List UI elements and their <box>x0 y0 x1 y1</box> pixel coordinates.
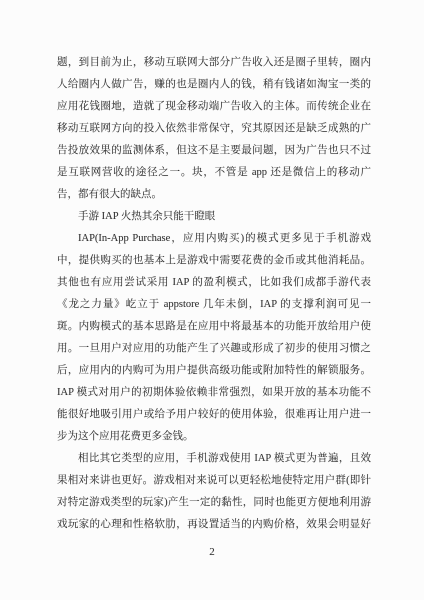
text-line: 步为这个应用花费更多金钱。 <box>57 426 371 448</box>
text-line: 《龙之力量》屹立于 appstore 几年未倒，IAP 的支撑利润可见一 <box>57 294 371 316</box>
text-line: IAP 模式对用户的初期体验依赖非常强烈，如果开放的基本功能不 <box>57 382 371 404</box>
text-line: 其他也有应用尝试采用 IAP 的盈利模式，比如我们成都手游代表 <box>57 272 371 294</box>
text-line: 应用花钱圈地，造就了现金移动端广告收入的主体。而传统企业在 <box>57 96 371 118</box>
text-line: 用。一旦用户对应用的功能产生了兴趣或形成了初步的使用习惯之 <box>57 338 371 360</box>
text-line: 人给圈内人做广告，赚的也是圈内人的钱，稍有钱诸如淘宝一类的 <box>57 74 371 96</box>
text-line: 题，到目前为止，移动互联网大部分广告收入还是圈子里转，圈内 <box>57 52 371 74</box>
text-line: 移动互联网方向的投入依然非常保守，究其原因还是缺乏成熟的广 <box>57 118 371 140</box>
text-line: 果相对来讲也更好。游戏相对来说可以更轻松地使特定用户群(即针 <box>57 470 371 492</box>
text-line: 斑。内购模式的基本思路是在应用中将最基本的功能开放给用户使 <box>57 316 371 338</box>
text-line: IAP(In-App Purchase，应用内购买)的模式更多见于手机游戏 <box>57 228 371 250</box>
text-line: 相比其它类型的应用，手机游戏使用 IAP 模式更为普遍，且效 <box>57 448 371 470</box>
text-line: 告投放效果的监测体系，但这不是主要最问题，因为广告也只不过 <box>57 140 371 162</box>
page-number: 2 <box>0 544 424 560</box>
document-page: 题，到目前为止，移动互联网大部分广告收入还是圈子里转，圈内 人给圈内人做广告，赚… <box>0 0 424 600</box>
text-line: 中，提供购买的也基本上是游戏中需要花费的金币或其他消耗品。 <box>57 250 371 272</box>
text-line: 是互联网营收的途径之一。块，不管是 app 还是微信上的移动广 <box>57 162 371 184</box>
text-line: 戏玩家的心理和性格软肋，再设置适当的内购价格，效果会明显好 <box>57 514 371 536</box>
text-line: 对特定游戏类型的玩家)产生一定的黏性，同时也能更方便地利用游 <box>57 492 371 514</box>
text-line: 后，应用内的内购可为用户提供高级功能或附加特性的解锁服务。 <box>57 360 371 382</box>
text-block: 题，到目前为止，移动互联网大部分广告收入还是圈子里转，圈内 人给圈内人做广告，赚… <box>57 52 371 536</box>
text-line: 告，都有很大的缺点。 <box>57 184 371 206</box>
text-line: 能很好地吸引用户或给予用户较好的使用体验，很难再让用户进一 <box>57 404 371 426</box>
section-heading: 手游 IAP 火热其余只能干瞪眼 <box>57 206 371 228</box>
